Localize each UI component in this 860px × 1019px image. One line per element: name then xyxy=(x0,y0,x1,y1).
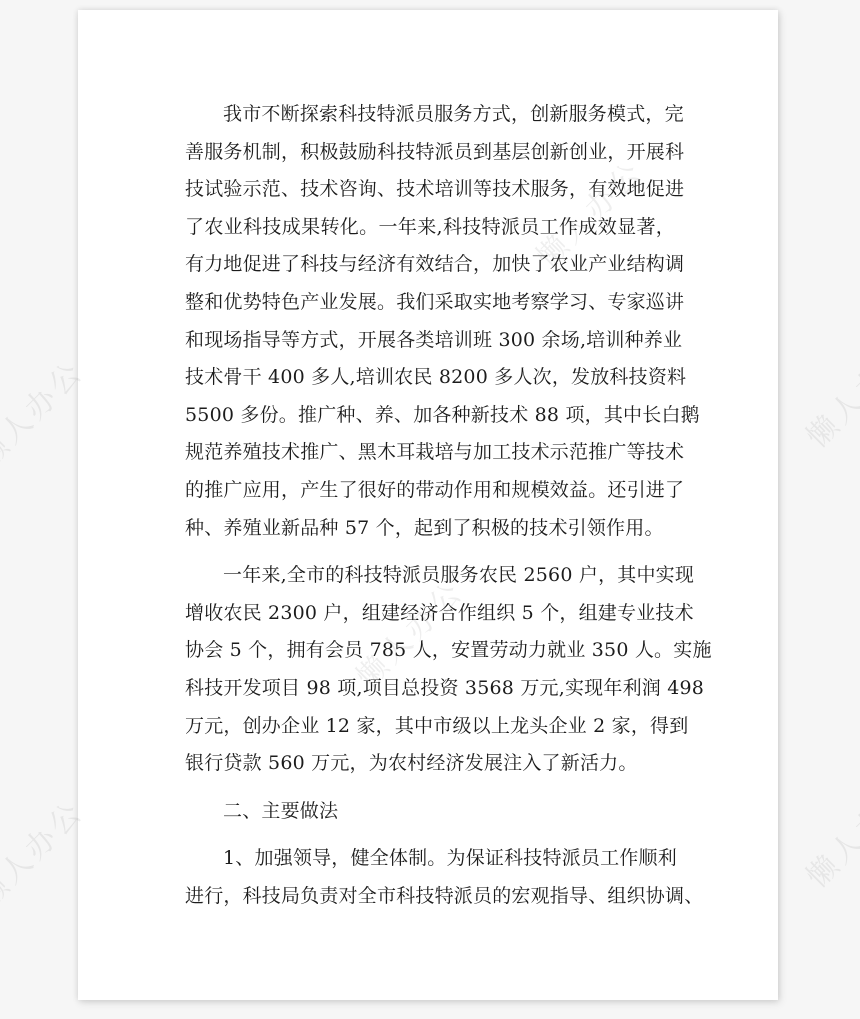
text-line: 整和优势特色产业发展。我们采取实地考察学习、专家巡讲 xyxy=(185,284,675,322)
text-line: 善服务机制，积极鼓励科技特派员到基层创新创业，开展科 xyxy=(185,134,675,172)
text-line: 规范养殖技术推广、黑木耳栽培与加工技术示范推广等技术 xyxy=(185,434,675,472)
watermark: 懒人办公 xyxy=(794,768,860,895)
text-line: 一年来,全市的科技特派员服务农民 2560 户，其中实现 xyxy=(185,557,675,595)
text-line: 了农业科技成果转化。一年来,科技特派员工作成效显著， xyxy=(185,209,675,247)
heading-text: 二、主要做法 xyxy=(185,793,675,831)
paragraph-spacing xyxy=(185,547,675,557)
text-line: 技试验示范、技术咨询、技术培训等技术服务，有效地促进 xyxy=(185,171,675,209)
text-line: 和现场指导等方式，开展各类培训班 300 余场,培训种养业 xyxy=(185,322,675,360)
paragraph-leadership: 1、加强领导，健全体制。为保证科技特派员工作顺利 进行，科技局负责对全市科技特派… xyxy=(185,840,675,915)
text-line: 我市不断探索科技特派员服务方式，创新服务模式，完 xyxy=(185,96,675,134)
text-line: 进行，科技局负责对全市科技特派员的宏观指导、组织协调、 xyxy=(185,878,675,916)
text-line: 万元，创办企业 12 家，其中市级以上龙头企业 2 家，得到 xyxy=(185,708,675,746)
text-line: 的推广应用，产生了很好的带动作用和规模效益。还引进了 xyxy=(185,472,675,510)
paragraph-statistics: 一年来,全市的科技特派员服务农民 2560 户，其中实现 增收农民 2300 户… xyxy=(185,557,675,783)
text-line: 技术骨干 400 多人,培训农民 8200 多人次，发放科技资料 xyxy=(185,359,675,397)
document-body: 我市不断探索科技特派员服务方式，创新服务模式，完 善服务机制，积极鼓励科技特派员… xyxy=(185,96,675,915)
text-line: 种、养殖业新品种 57 个，起到了积极的技术引领作用。 xyxy=(185,510,675,548)
text-line: 协会 5 个，拥有会员 785 人，安置劳动力就业 350 人。实施 xyxy=(185,632,675,670)
text-line: 增收农民 2300 户，组建经济合作组织 5 个，组建专业技术 xyxy=(185,595,675,633)
text-line: 有力地促进了科技与经济有效结合，加快了农业产业结构调 xyxy=(185,246,675,284)
section-heading: 二、主要做法 xyxy=(185,793,675,831)
paragraph-spacing xyxy=(185,830,675,840)
text-line: 银行贷款 560 万元，为农村经济发展注入了新活力。 xyxy=(185,745,675,783)
paragraph-spacing xyxy=(185,783,675,793)
document-page: 我市不断探索科技特派员服务方式，创新服务模式，完 善服务机制，积极鼓励科技特派员… xyxy=(78,10,778,1000)
text-line: 1、加强领导，健全体制。为保证科技特派员工作顺利 xyxy=(185,840,675,878)
text-line: 5500 多份。推广种、养、加各种新技术 88 项，其中长白鹅 xyxy=(185,397,675,435)
paragraph-achievements: 我市不断探索科技特派员服务方式，创新服务模式，完 善服务机制，积极鼓励科技特派员… xyxy=(185,96,675,547)
watermark: 懒人办公 xyxy=(794,328,860,455)
text-line: 科技开发项目 98 项,项目总投资 3568 万元,实现年利润 498 xyxy=(185,670,675,708)
